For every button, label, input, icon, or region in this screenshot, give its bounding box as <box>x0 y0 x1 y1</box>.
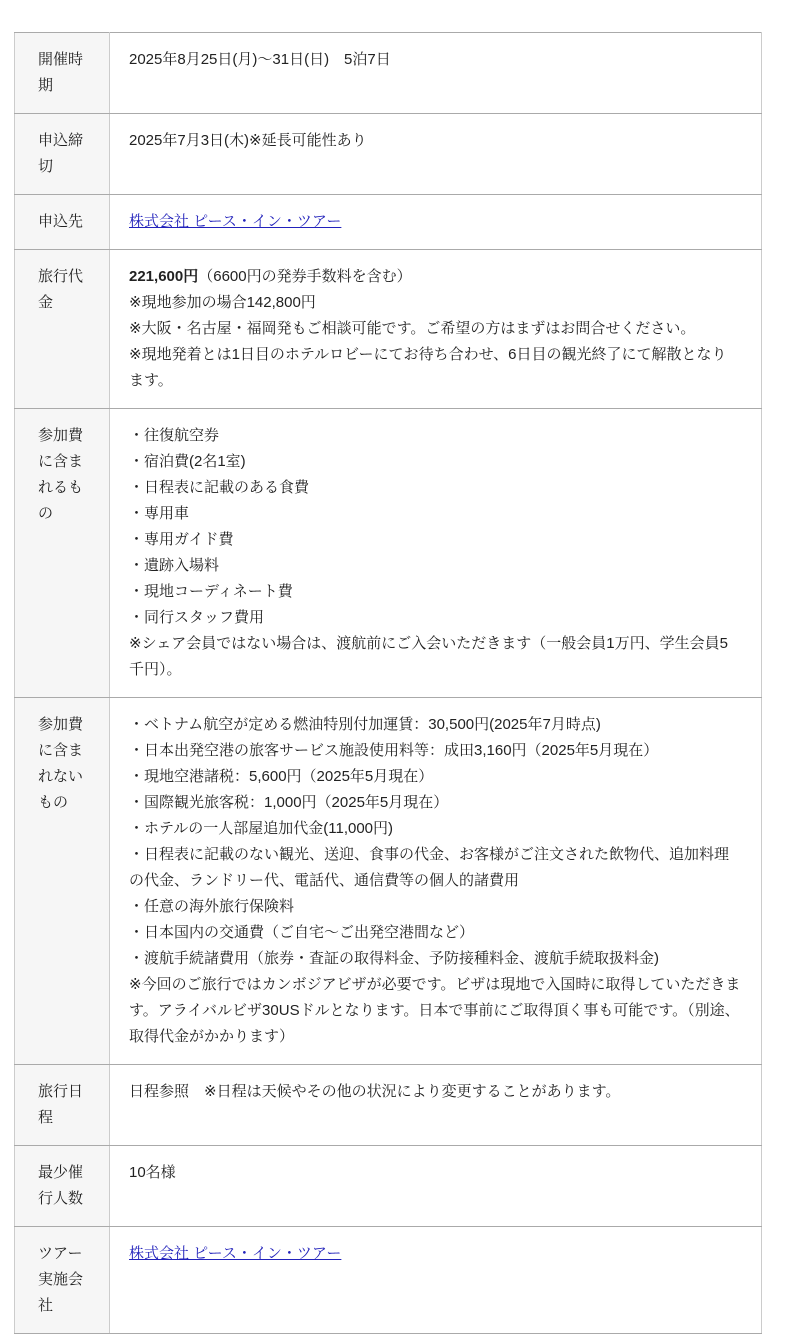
content-line: ・専用車 <box>129 501 741 527</box>
company-link[interactable]: 株式会社 ピース・イン・ツアー <box>129 1245 341 1262</box>
row-content-cell: 221,600円（6600円の発券手数料を含む）※現地参加の場合142,800円… <box>110 250 762 409</box>
table-row: 申込締切2025年7月3日(木)※延長可能性あり <box>15 114 762 195</box>
row-header-label: 開催時期 <box>15 33 110 114</box>
content-line: ・日程表に記載のない観光、送迎、食事の代金、お客様がご注文された飲物代、追加料理… <box>129 842 741 894</box>
row-header-label: 申込締切 <box>15 114 110 195</box>
content-line: 2025年7月3日(木)※延長可能性あり <box>129 128 741 154</box>
row-header-label: 旅行日程 <box>15 1065 110 1146</box>
content-line: ・専用ガイド費 <box>129 527 741 553</box>
table-row: 申込先株式会社 ピース・イン・ツアー <box>15 195 762 250</box>
row-content-cell: ・往復航空券・宿泊費(2名1室)・日程表に記載のある食費・専用車・専用ガイド費・… <box>110 409 762 698</box>
content-line: ・国際観光旅客税：1,000円（2025年5月現在） <box>129 790 741 816</box>
company-link[interactable]: 株式会社 ピース・イン・ツアー <box>129 213 341 230</box>
content-line: 日程参照 ※日程は天候やその他の状況により変更することがあります。 <box>129 1079 741 1105</box>
content-line: ・ホテルの一人部屋追加代金(11,000円) <box>129 816 741 842</box>
content-line: ※シェア会員ではない場合は、渡航前にご入会いただきます（一般会員1万円、学生会員… <box>129 631 741 683</box>
content-line: ※現地参加の場合142,800円 <box>129 290 741 316</box>
row-content-cell: 2025年8月25日(月)～31日(日) 5泊7日 <box>110 33 762 114</box>
row-header-label: 参加費に含まれるもの <box>15 409 110 698</box>
row-content-cell: 10名様 <box>110 1146 762 1227</box>
content-line: ※現地発着とは1日目のホテルロビーにてお待ち合わせ、6日目の観光終了にて解散とな… <box>129 342 741 394</box>
content-line: 2025年8月25日(月)～31日(日) 5泊7日 <box>129 47 741 73</box>
table-row: 開催時期2025年8月25日(月)～31日(日) 5泊7日 <box>15 33 762 114</box>
content-line: ・同行スタッフ費用 <box>129 605 741 631</box>
table-row: 参加費に含まれないもの・ベトナム航空が定める燃油特別付加運賃：30,500円(2… <box>15 698 762 1065</box>
row-content-cell: ・ベトナム航空が定める燃油特別付加運賃：30,500円(2025年7月時点)・日… <box>110 698 762 1065</box>
table-row: ツアー実施会社株式会社 ピース・イン・ツアー <box>15 1227 762 1334</box>
content-line: 221,600円（6600円の発券手数料を含む） <box>129 264 741 290</box>
row-content-cell: 株式会社 ピース・イン・ツアー <box>110 195 762 250</box>
content-line: ・往復航空券 <box>129 423 741 449</box>
row-header-label: 旅行代金 <box>15 250 110 409</box>
row-content-cell: 2025年7月3日(木)※延長可能性あり <box>110 114 762 195</box>
content-line: 10名様 <box>129 1160 741 1186</box>
content-line: ※大阪・名古屋・福岡発もご相談可能です。ご希望の方はまずはお問合せください。 <box>129 316 741 342</box>
tour-info-page: 開催時期2025年8月25日(月)～31日(日) 5泊7日申込締切2025年7月… <box>0 0 800 1344</box>
row-content-cell: 日程参照 ※日程は天候やその他の状況により変更することがあります。 <box>110 1065 762 1146</box>
content-line: ※今回のご旅行ではカンボジアビザが必要です。ビザは現地で入国時に取得していただき… <box>129 972 741 1050</box>
content-line: ・ベトナム航空が定める燃油特別付加運賃：30,500円(2025年7月時点) <box>129 712 741 738</box>
table-row: 最少催行人数10名様 <box>15 1146 762 1227</box>
content-line: ・渡航手続諸費用（旅券・査証の取得料金、予防接種料金、渡航手続取扱料金) <box>129 946 741 972</box>
content-line: ・宿泊費(2名1室) <box>129 449 741 475</box>
content-line: ・日本出発空港の旅客サービス施設使用料等：成田3,160円（2025年5月現在） <box>129 738 741 764</box>
price-amount: 221,600円 <box>129 268 198 285</box>
table-row: 参加費に含まれるもの・往復航空券・宿泊費(2名1室)・日程表に記載のある食費・専… <box>15 409 762 698</box>
content-line: ・任意の海外旅行保険料 <box>129 894 741 920</box>
row-header-label: ツアー実施会社 <box>15 1227 110 1334</box>
row-content-cell: 株式会社 ピース・イン・ツアー <box>110 1227 762 1334</box>
table-row: 旅行代金221,600円（6600円の発券手数料を含む）※現地参加の場合142,… <box>15 250 762 409</box>
content-line: ・現地空港諸税：5,600円（2025年5月現在） <box>129 764 741 790</box>
tour-table-body: 開催時期2025年8月25日(月)～31日(日) 5泊7日申込締切2025年7月… <box>15 33 762 1334</box>
content-line: 株式会社 ピース・イン・ツアー <box>129 209 741 235</box>
content-line: 株式会社 ピース・イン・ツアー <box>129 1241 741 1267</box>
content-line: ・現地コーディネート費 <box>129 579 741 605</box>
content-line: ・日程表に記載のある食費 <box>129 475 741 501</box>
price-note: （6600円の発券手数料を含む） <box>198 268 411 285</box>
row-header-label: 最少催行人数 <box>15 1146 110 1227</box>
content-line: ・日本国内の交通費（ご自宅～ご出発空港間など） <box>129 920 741 946</box>
row-header-label: 申込先 <box>15 195 110 250</box>
tour-info-table: 開催時期2025年8月25日(月)～31日(日) 5泊7日申込締切2025年7月… <box>14 32 762 1334</box>
row-header-label: 参加費に含まれないもの <box>15 698 110 1065</box>
table-row: 旅行日程日程参照 ※日程は天候やその他の状況により変更することがあります。 <box>15 1065 762 1146</box>
content-line: ・遺跡入場料 <box>129 553 741 579</box>
